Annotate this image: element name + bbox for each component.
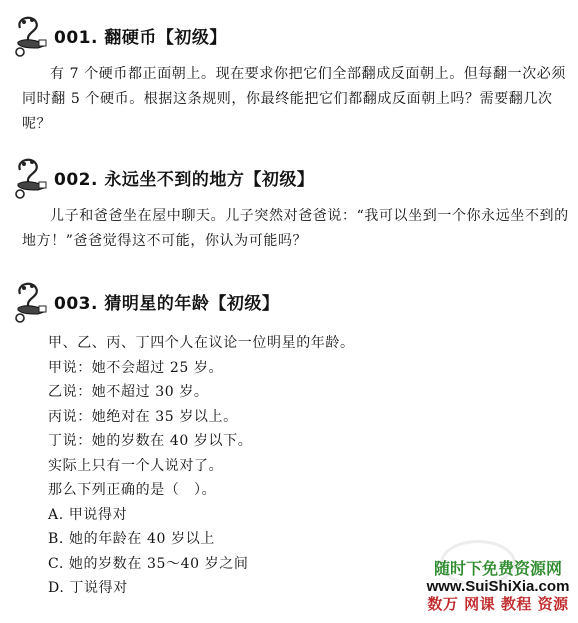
puzzle-003-title: 003. 猜明星的年龄【初级】 [54, 289, 279, 314]
puzzle-002-heading: 002. 永远坐不到的地方【初级】 [6, 154, 314, 200]
puzzle-003-heading: 003. 猜明星的年龄【初级】 [6, 278, 279, 324]
puzzle-001-heading: 001. 翻硬币【初级】 [6, 12, 227, 58]
watermark-url: www.SuiShiXia.com [420, 578, 576, 595]
statement-fact: 实际上只有一个人说对了。 [48, 454, 355, 479]
statement-jia: 甲说：她不会超过 25 岁。 [48, 356, 355, 381]
question-mark-cartoon-icon [6, 154, 52, 200]
question-mark-cartoon-icon [6, 12, 52, 58]
statement-intro: 甲、乙、丙、丁四个人在议论一位明星的年龄。 [48, 331, 355, 356]
puzzle-002-title: 002. 永远坐不到的地方【初级】 [54, 165, 314, 190]
question-prompt: 那么下列正确的是（ ）。 [48, 478, 355, 503]
puzzle-003-lines: 甲、乙、丙、丁四个人在议论一位明星的年龄。 甲说：她不会超过 25 岁。 乙说：… [48, 331, 355, 601]
watermark-site-name: 随时下免费资源网 [420, 560, 576, 578]
statement-ding: 丁说：她的岁数在 40 岁以下。 [48, 429, 355, 454]
statement-yi: 乙说：她不超过 30 岁。 [48, 380, 355, 405]
option-d: D. 丁说得对 [48, 576, 355, 601]
puzzle-002-text: 儿子和爸爸坐在屋中聊天。儿子突然对爸爸说：“我可以坐到一个你永远坐不到的地方！”… [22, 204, 570, 254]
statement-bing: 丙说：她绝对在 35 岁以上。 [48, 405, 355, 430]
watermark: 随时下免费资源网 www.SuiShiXia.com 数万 网课 教程 资源 [420, 560, 576, 613]
option-c: C. 她的岁数在 35～40 岁之间 [48, 552, 355, 577]
option-a: A. 甲说得对 [48, 503, 355, 528]
option-b: B. 她的年龄在 40 岁以上 [48, 527, 355, 552]
question-mark-cartoon-icon [6, 278, 52, 324]
watermark-tagline: 数万 网课 教程 资源 [420, 595, 576, 613]
puzzle-001-text: 有 7 个硬币都正面朝上。现在要求你把它们全部翻成反面朝上。但每翻一次必须同时翻… [22, 62, 570, 137]
puzzle-001-title: 001. 翻硬币【初级】 [54, 23, 227, 48]
